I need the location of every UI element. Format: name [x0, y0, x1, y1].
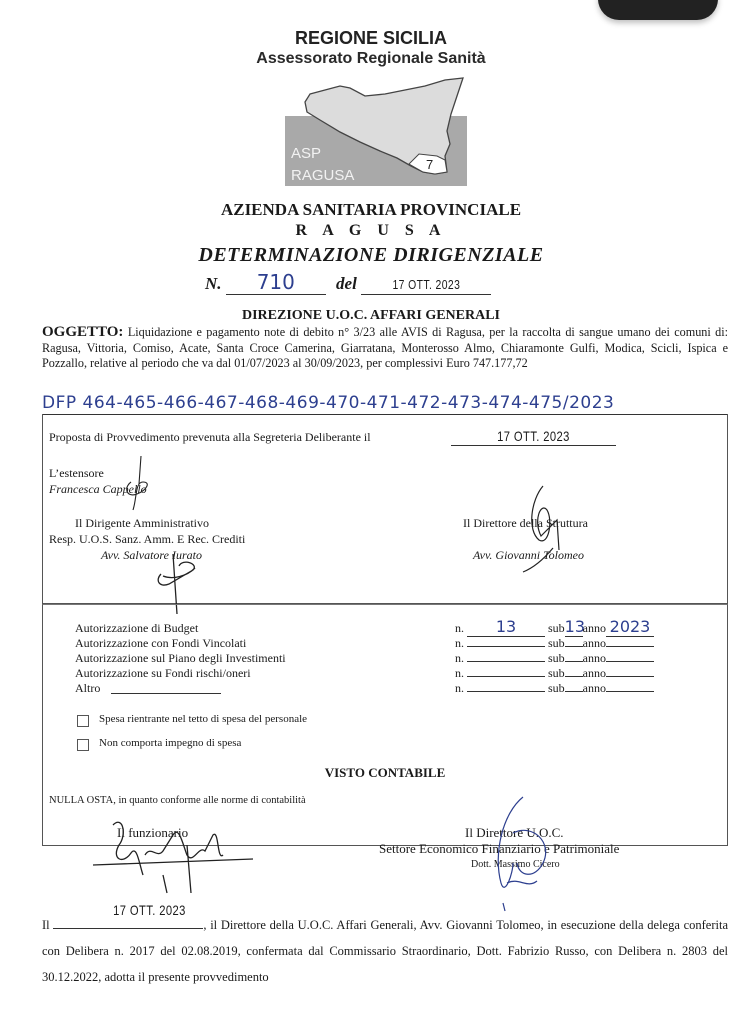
anno-label: anno — [583, 681, 606, 695]
authorization-number-fields: n. subanno — [455, 651, 654, 666]
authorization-sub-field[interactable] — [565, 691, 583, 692]
n-label: n. — [455, 681, 464, 695]
closing-prefix: Il — [42, 918, 50, 932]
proposal-label: Proposta di Provvedimento prevenuta alla… — [49, 430, 371, 445]
direttore-struttura-name: Avv. Giovanni Tolomeo — [473, 548, 584, 563]
subject-label: OGGETTO: — [42, 324, 123, 340]
authorization-n-field[interactable]: 13 — [467, 617, 545, 637]
authorization-sub-field[interactable] — [565, 661, 583, 662]
anno-label: anno — [583, 651, 606, 665]
document-type: DETERMINAZIONE DIRIGENZIALE — [0, 244, 742, 267]
authorization-number-fields: n. 13 sub13anno2023 — [455, 617, 654, 637]
checkbox-personnel-spending-label: Spesa rientrante nel tetto di spesa del … — [99, 713, 307, 725]
authorization-anno-field[interactable] — [606, 676, 654, 677]
n-label: n. — [455, 666, 464, 680]
region-title: REGIONE SICILIA — [0, 28, 742, 49]
authorization-n-field[interactable] — [467, 676, 545, 677]
direttore-uoc-name: Dott. Massimo Cicero — [471, 859, 560, 870]
dirigente-role: Resp. U.O.S. Sanz. Amm. E Rec. Crediti — [49, 532, 245, 547]
authorization-sub-field[interactable] — [565, 646, 583, 647]
authorization-label: Autorizzazione di Budget — [75, 621, 198, 636]
asp-ragusa-logo: 7 ASP RAGUSA — [285, 76, 470, 188]
authorization-n-field[interactable] — [467, 691, 545, 692]
estensore-name: Francesca Cappello — [49, 482, 147, 497]
sub-label: sub — [548, 651, 565, 665]
svg-text:RAGUSA: RAGUSA — [291, 167, 354, 184]
dirigente-title: Il Dirigente Amministrativo — [75, 516, 209, 531]
sub-label: sub — [548, 666, 565, 680]
closing-paragraph: Il , il Direttore della U.O.C. Affari Ge… — [42, 912, 728, 990]
proposal-date: 17 OTT. 2023 — [497, 428, 570, 444]
dirigente-name: Avv. Salvatore Iurato — [101, 548, 202, 563]
agency-city: R A G U S A — [0, 222, 742, 240]
sicily-map-icon: 7 ASP RAGUSA — [285, 76, 470, 188]
n-label: n. — [455, 636, 464, 650]
authorization-label: Autorizzazione con Fondi Vincolati — [75, 636, 246, 651]
direction-title: DIREZIONE U.O.C. AFFARI GENERALI — [0, 308, 742, 324]
anno-label: anno — [583, 666, 606, 680]
proposal-box: Proposta di Provvedimento prevenuta alla… — [42, 414, 728, 604]
date-field: 17 OTT. 2023 — [361, 274, 491, 295]
authorization-anno-field[interactable] — [606, 646, 654, 647]
authorization-anno-field[interactable]: 2023 — [606, 617, 654, 637]
number-field: 710 — [226, 270, 326, 295]
number-label: N. — [205, 274, 222, 293]
direttore-uoc-title: Il Direttore U.O.C. — [465, 825, 564, 841]
authorization-number-fields: n. subanno — [455, 681, 654, 696]
date-value: 17 OTT. 2023 — [392, 277, 460, 292]
direttore-uoc-sector: Settore Economico Finanziario e Patrimon… — [379, 841, 619, 857]
determination-number-line: N. 710 del 17 OTT. 2023 — [205, 270, 491, 295]
authorization-number-fields: n. subanno — [455, 636, 654, 651]
closing-date-blank — [53, 928, 203, 929]
svg-text:7: 7 — [426, 157, 433, 172]
altro-field[interactable] — [111, 693, 221, 694]
direttore-struttura-title: Il Direttore della Struttura — [463, 516, 588, 531]
sub-label: sub — [548, 681, 565, 695]
checkbox-personnel-spending[interactable] — [77, 715, 89, 727]
date-label: del — [336, 274, 357, 293]
checkbox-no-spending[interactable] — [77, 739, 89, 751]
authorization-n-field[interactable] — [467, 661, 545, 662]
visto-contabile-title: VISTO CONTABILE — [43, 765, 727, 781]
authorization-anno-field[interactable] — [606, 691, 654, 692]
nulla-osta-text: NULLA OSTA, in quanto conforme alle norm… — [49, 795, 306, 806]
anno-label: anno — [583, 636, 606, 650]
svg-text:ASP: ASP — [291, 145, 321, 162]
authorization-sub-field[interactable]: 13 — [565, 617, 583, 637]
checkbox-no-spending-label: Non comporta impegno di spesa — [99, 737, 241, 749]
subject-block: OGGETTO: Liquidazione e pagamento note d… — [42, 325, 728, 372]
sub-label: sub — [548, 621, 565, 635]
authorization-sub-field[interactable] — [565, 676, 583, 677]
funzionario-label: Il funzionario — [117, 825, 188, 841]
zoom-level-indicator: 225% — [598, 0, 718, 20]
authorization-number-fields: n. subanno — [455, 666, 654, 681]
subject-text: Liquidazione e pagamento note di debito … — [42, 325, 728, 370]
authorization-label: Autorizzazione su Fondi rischi/oneri — [75, 666, 251, 681]
number-value: 710 — [257, 270, 295, 294]
agency-name: AZIENDA SANITARIA PROVINCIALE — [0, 200, 742, 220]
department-title: Assessorato Regionale Sanità — [0, 50, 742, 68]
authorization-n-field[interactable] — [467, 646, 545, 647]
estensore-label: L’estensore — [49, 466, 104, 481]
authorization-anno-field[interactable] — [606, 661, 654, 662]
authorization-label: Autorizzazione sul Piano degli Investime… — [75, 651, 286, 666]
zoom-level-label: 225% — [620, 0, 697, 6]
anno-label: anno — [583, 621, 606, 635]
authorization-label: Altro — [75, 681, 100, 696]
handwritten-reference: DFP 464-465-466-467-468-469-470-471-472-… — [42, 392, 728, 415]
n-label: n. — [455, 621, 464, 635]
authorizations-box: Autorizzazione di Budgetn. 13 sub13anno2… — [42, 604, 728, 846]
n-label: n. — [455, 651, 464, 665]
sub-label: sub — [548, 636, 565, 650]
proposal-date-field: 17 OTT. 2023 — [451, 428, 616, 446]
